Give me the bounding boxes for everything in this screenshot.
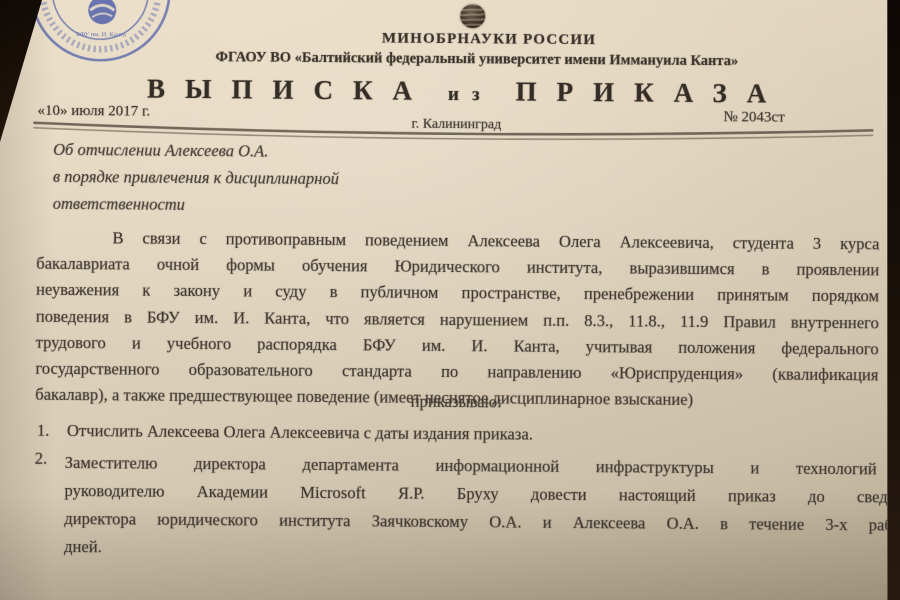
document-content: БФУ им. И. Канта МИНОБРНАУКИ РОССИИ ФГАО… xyxy=(0,0,900,600)
title-word-iz: из xyxy=(448,84,493,106)
photo-of-document: БФУ им. И. Канта МИНОБРНАУКИ РОССИИ ФГАО… xyxy=(0,0,900,600)
order-subject: Об отчислении Алексеева О.А. в порядке п… xyxy=(53,136,340,219)
list-item-1-text: Отчислить Алексеева Олега Алексеевича с … xyxy=(67,421,533,445)
title-word-prikaza: ПРИКАЗА xyxy=(516,77,787,110)
ministry-emblem-icon xyxy=(460,4,485,28)
subject-line: в порядке привлечения к дисциплинарной xyxy=(53,163,339,192)
photo-background-edge xyxy=(887,0,900,600)
list-item-2-text: Заместителю директора департамента инфор… xyxy=(64,449,900,568)
order-preamble-paragraph: В связи с противоправным поведением Алек… xyxy=(35,225,879,415)
subject-line: ответственности xyxy=(53,190,339,219)
list-item-2-number: 2. xyxy=(35,449,48,469)
bfu-logo-swirl-icon xyxy=(88,0,116,24)
subject-line: Об отчислении Алексеева О.А. xyxy=(53,136,339,165)
list-item-1-number: 1. xyxy=(37,421,50,441)
title-word-vypiska: ВЫПИСКА xyxy=(147,74,432,107)
